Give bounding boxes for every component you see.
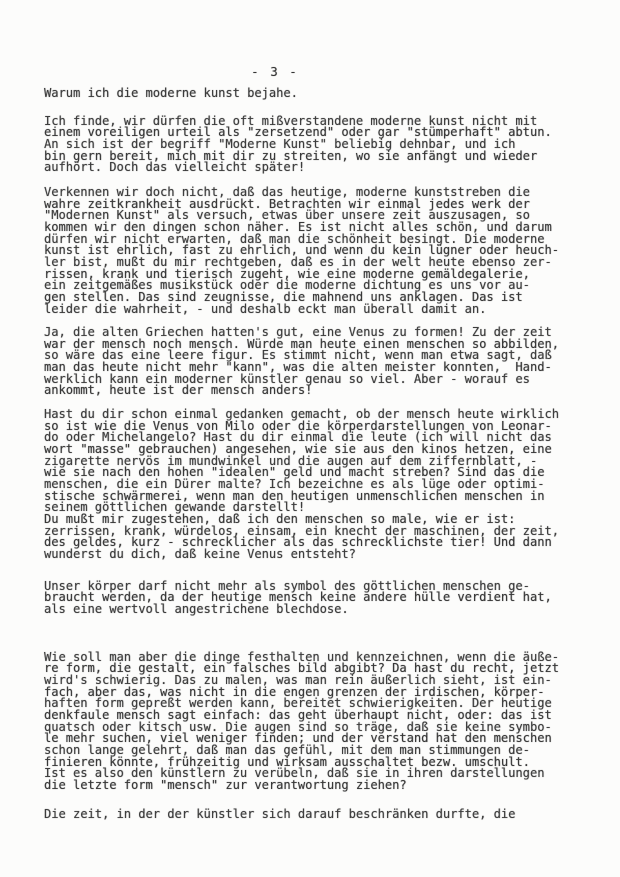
paragraph: Die zeit, in der der künstler sich darau…	[44, 809, 589, 821]
text-line: als eine wertvoll angestrichene blechdos…	[44, 604, 589, 616]
text-line: wunderst du dich, daß keine Venus entste…	[44, 549, 589, 561]
page-number: - 3 -	[0, 64, 550, 79]
paragraph: Unser körper darf nicht mehr als symbol …	[44, 581, 589, 616]
document-title: Warum ich die moderne kunst bejahe.	[44, 88, 589, 100]
text-line: leider die wahrheit, - und deshalb eckt …	[44, 304, 589, 316]
paragraph: Verkennen wir doch nicht, daß das heutig…	[44, 187, 589, 315]
paragraph: Wie soll man aber die dinge festhalten u…	[44, 652, 589, 792]
document-content: Warum ich die moderne kunst bejahe. Ich …	[44, 88, 589, 821]
paragraph: Ja, die alten Griechen hatten's gut, ein…	[44, 327, 589, 397]
text-line: aufhört. Doch das vielleicht später!	[44, 162, 589, 174]
text-line: die letzte form "mensch" zur verantwortu…	[44, 780, 589, 792]
text-line: ankommt, heute ist der mensch anders!	[44, 385, 589, 397]
text-line: Die zeit, in der der künstler sich darau…	[44, 809, 589, 821]
paragraph: Ich finde, wir dürfen die oft mißverstan…	[44, 116, 589, 174]
paragraph: Hast du dir schon einmal gedanken gemach…	[44, 409, 589, 561]
typewritten-page: - 3 - Warum ich die moderne kunst bejahe…	[0, 0, 620, 877]
paragraphs: Ich finde, wir dürfen die oft mißverstan…	[44, 116, 589, 821]
